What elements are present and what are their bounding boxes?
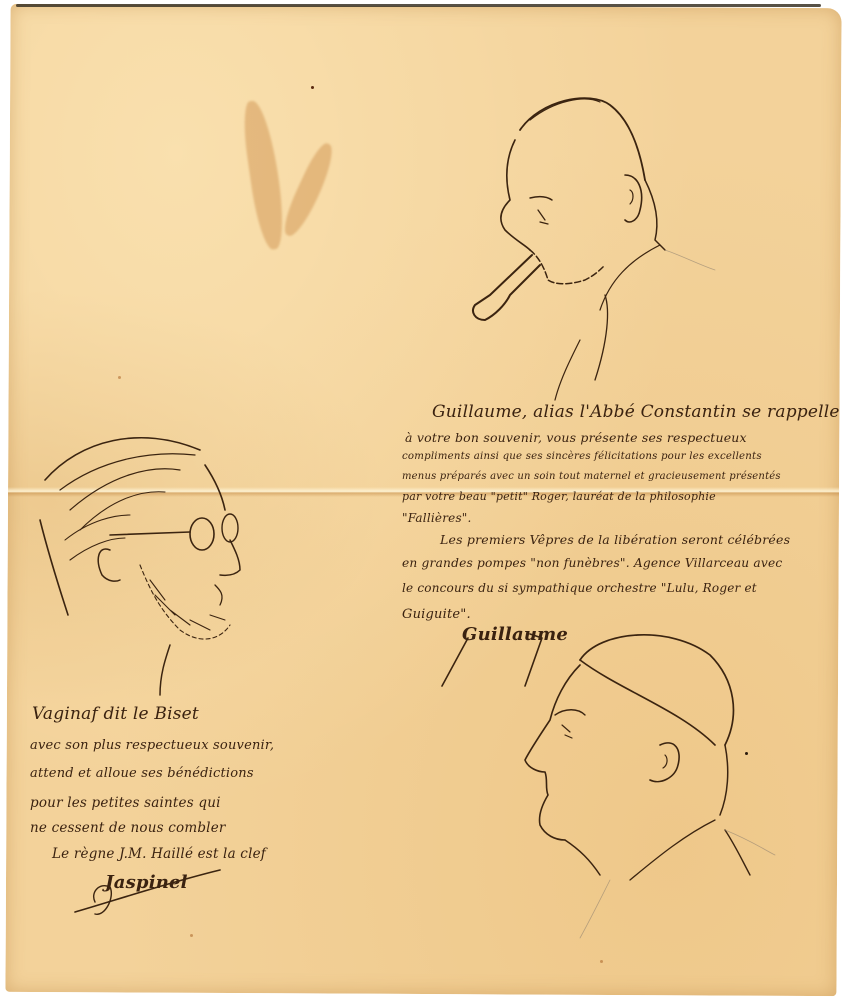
handwritten-line: ne cessent de nous combler xyxy=(30,820,226,836)
handwritten-line: Le règne J.M. Haillé est la clef xyxy=(52,846,266,862)
signature-flourish xyxy=(430,620,550,690)
paper-speck xyxy=(600,960,603,963)
paper-speck xyxy=(311,86,314,89)
handwritten-line: en grandes pompes "non funèbres". Agence… xyxy=(402,556,782,570)
handwritten-line: Guillaume, alias l'Abbé Constantin se ra… xyxy=(432,402,840,422)
handwritten-line: Les premiers Vêpres de la libération ser… xyxy=(440,532,790,547)
handwritten-line: Vaginaf dit le Biset xyxy=(32,704,199,724)
sketch-man-skullcap xyxy=(510,620,800,940)
handwritten-line: le concours du si sympathique orchestre … xyxy=(402,581,757,595)
paper-speck xyxy=(118,376,121,379)
signature-flourish xyxy=(70,862,230,922)
handwritten-line: attend et alloue ses bénédictions xyxy=(30,766,254,781)
sketch-bearded-man-glasses xyxy=(30,420,260,710)
handwritten-line: par votre beau "petit" Roger, lauréat de… xyxy=(402,490,716,503)
handwritten-line: à votre bon souvenir, vous présente ses … xyxy=(405,430,747,445)
handwritten-line: "Fallières". xyxy=(402,511,472,525)
paper-speck xyxy=(190,934,193,937)
handwritten-line: menus préparés avec un soin tout materne… xyxy=(402,471,781,482)
handwritten-line: avec son plus respectueux souvenir, xyxy=(30,738,274,753)
sketch-pipe-smoker xyxy=(460,80,720,400)
handwritten-line: compliments ainsi que ses sincères félic… xyxy=(402,451,762,462)
paper-top-edge xyxy=(16,4,821,7)
handwritten-line: pour les petites saintes qui xyxy=(30,795,221,811)
